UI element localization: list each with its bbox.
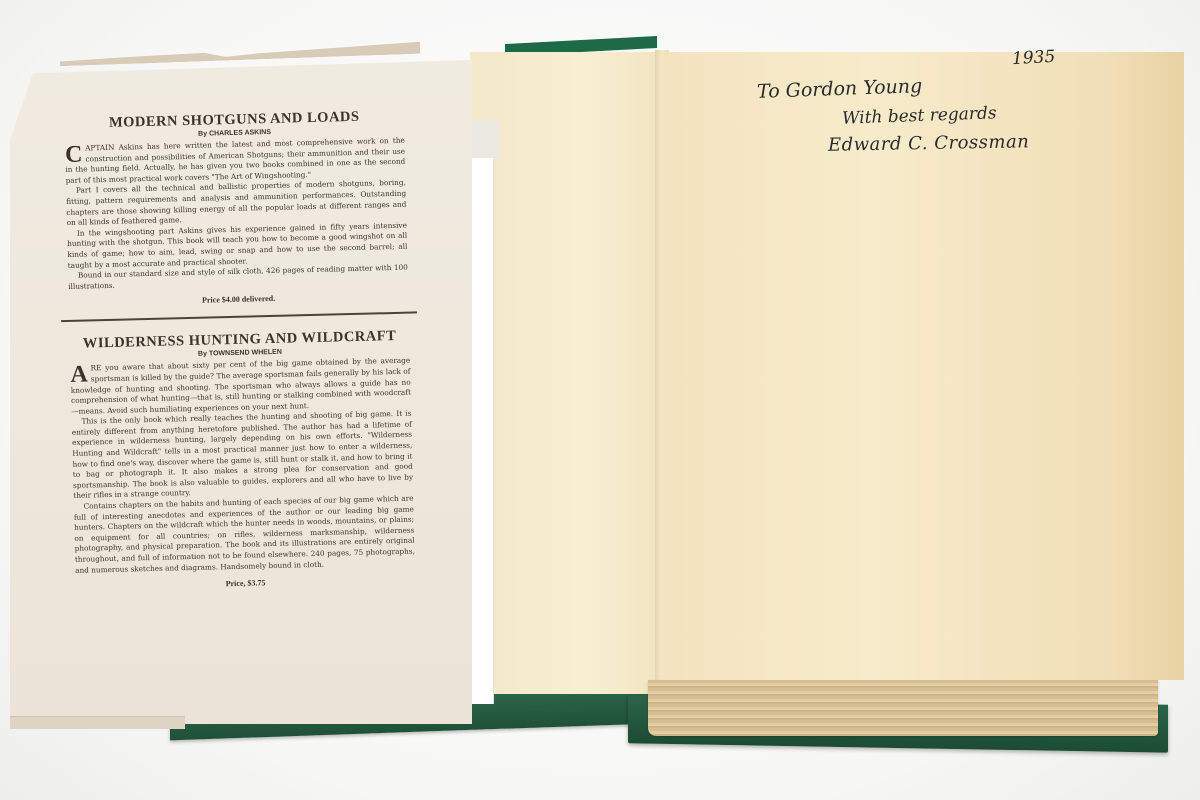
- drop-cap: A: [70, 365, 88, 385]
- mylar-protector-top: [470, 120, 500, 158]
- ad-wilderness-hunting: WILDERNESS HUNTING AND WILDCRAFT By TOWN…: [69, 328, 415, 592]
- ad-paragraph: ARE you aware that about sixty per cent …: [70, 356, 411, 417]
- mylar-protector-strip: [470, 158, 494, 704]
- drop-cap: C: [65, 145, 83, 165]
- jacket-flap-text: MODERN SHOTGUNS AND LOADS By CHARLES ASK…: [64, 104, 416, 604]
- ad-paragraph: Contains chapters on the habits and hunt…: [74, 494, 416, 576]
- section-divider: [61, 312, 417, 323]
- jacket-fold-edge: [10, 716, 185, 729]
- inscription-year: 1935: [1012, 47, 1056, 69]
- ad-paragraph: This is the only book which really teach…: [71, 409, 413, 502]
- text-block-edges: [648, 680, 1158, 736]
- jacket-torn-edge: [60, 42, 420, 67]
- inscription-signature: Edward C. Crossman: [828, 131, 1030, 156]
- ad-modern-shotguns: MODERN SHOTGUNS AND LOADS By CHARLES ASK…: [64, 108, 409, 309]
- ad-price: Price, $3.75: [76, 575, 416, 592]
- ad-price: Price $4.00 delivered.: [69, 291, 409, 308]
